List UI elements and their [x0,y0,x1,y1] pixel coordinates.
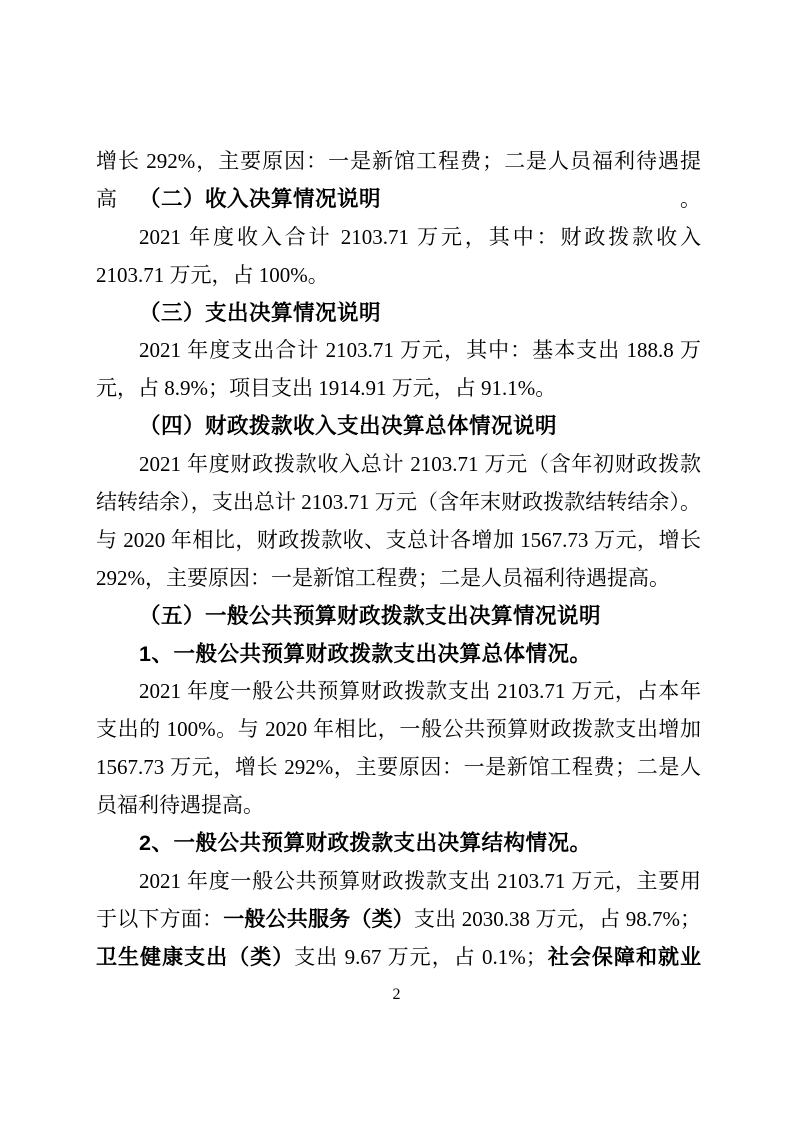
section-heading: （五）一般公共预算财政拨款支出决算情况说明 [96,598,701,636]
text-segment: 支出 2030.38 万元，占 98.7%； [414,907,701,931]
text-segment: 1、一般公共预算财政拨款支出决算总体情况。 [139,642,591,666]
paragraph-line: 2021 年度支出合计 2103.71 万元，其中：基本支出 188.8 万 [96,332,701,370]
text-segment: 结转结余），支出总计 2103.71 万元（含年末财政拨款结转结余）。 [96,490,701,514]
paragraph-line: 结转结余），支出总计 2103.71 万元（含年末财政拨款结转结余）。 [96,484,701,522]
paragraph-line: 2021 年度一般公共预算财政拨款支出 2103.71 万元，主要用 [96,863,701,901]
text-segment: 支出 9.67 万元，占 0.1%； [294,945,547,969]
text-segment: 2103.71 万元，占 100%。 [96,263,329,287]
text-segment: 社会保障和就业 [547,946,701,969]
text-segment: （五）一般公共预算财政拨款支出决算情况说明 [139,604,601,628]
text-segment: 2、一般公共预算财政拨款支出决算结构情况。 [139,831,591,855]
text-segment: 一般公共服务（类） [223,908,414,931]
text-segment: 与 2020 年相比，财政拨款收、支总计各增加 1567.73 万元，增长 [96,528,701,552]
text-segment: 292%，主要原因：一是新馆工程费；二是人员福利待遇提高。 [96,566,670,590]
section-heading: 1、一般公共预算财政拨款支出决算总体情况。 [96,636,701,674]
paragraph-line: 增长 292%，主要原因：一是新馆工程费；二是人员福利待遇提高。 [96,143,701,181]
document-body: 增长 292%，主要原因：一是新馆工程费；二是人员福利待遇提高。（二）收入决算情… [96,143,701,977]
text-segment: （三）支出决算情况说明 [139,301,381,325]
text-segment: 1567.73 万元，增长 292%，主要原因：一是新馆工程费；二是人 [96,755,701,779]
text-segment: 2021 年度支出合计 2103.71 万元，其中：基本支出 188.8 万 [139,338,701,362]
text-segment: （四）财政拨款收入支出决算总体情况说明 [139,414,557,438]
document-page: 增长 292%，主要原因：一是新馆工程费；二是人员福利待遇提高。（二）收入决算情… [0,0,793,1122]
paragraph-line: 支出的 100%。与 2020 年相比，一般公共预算财政拨款支出增加 [96,711,701,749]
text-segment: 2021 年度一般公共预算财政拨款支出 2103.71 万元，主要用 [139,869,701,893]
paragraph-line: 292%，主要原因：一是新馆工程费；二是人员福利待遇提高。 [96,560,701,598]
paragraph-line: 2021 年度财政拨款收入总计 2103.71 万元（含年初财政拨款 [96,446,701,484]
paragraph-line: 员福利待遇提高。 [96,787,701,825]
section-heading: （四）财政拨款收入支出决算总体情况说明 [96,408,701,446]
section-heading: 2、一般公共预算财政拨款支出决算结构情况。 [96,825,701,863]
text-segment: 2021 年度一般公共预算财政拨款支出 2103.71 万元，占本年 [139,679,701,703]
section-heading: （三）支出决算情况说明 [96,295,701,333]
paragraph-line: 1567.73 万元，增长 292%，主要原因：一是新馆工程费；二是人 [96,749,701,787]
paragraph-line: 2021 年度收入合计 2103.71 万元，其中：财政拨款收入 [96,219,701,257]
paragraph-line: 2021 年度一般公共预算财政拨款支出 2103.71 万元，占本年 [96,673,701,711]
text-segment: 员福利待遇提高。 [96,793,264,817]
text-segment: 于以下方面： [96,907,223,931]
page-number: 2 [0,986,793,1004]
paragraph-line: 卫生健康支出（类）支出 9.67 万元，占 0.1%；社会保障和就业 [96,939,701,977]
paragraph-line: 与 2020 年相比，财政拨款收、支总计各增加 1567.73 万元，增长 [96,522,701,560]
text-segment: （二）收入决算情况说明 [139,187,381,211]
paragraph-line: 2103.71 万元，占 100%。 [96,257,701,295]
paragraph-line: 元，占 8.9%；项目支出 1914.91 万元，占 91.1%。 [96,370,701,408]
text-segment: 元，占 8.9%；项目支出 1914.91 万元，占 91.1%。 [96,376,556,400]
paragraph-line: 于以下方面：一般公共服务（类）支出 2030.38 万元，占 98.7%； [96,901,701,939]
text-segment: 2021 年度财政拨款收入总计 2103.71 万元（含年初财政拨款 [139,452,701,476]
text-segment: 2021 年度收入合计 2103.71 万元，其中：财政拨款收入 [139,225,701,249]
text-segment: 支出的 100%。与 2020 年相比，一般公共预算财政拨款支出增加 [96,717,701,741]
text-segment: 卫生健康支出（类） [96,946,294,969]
